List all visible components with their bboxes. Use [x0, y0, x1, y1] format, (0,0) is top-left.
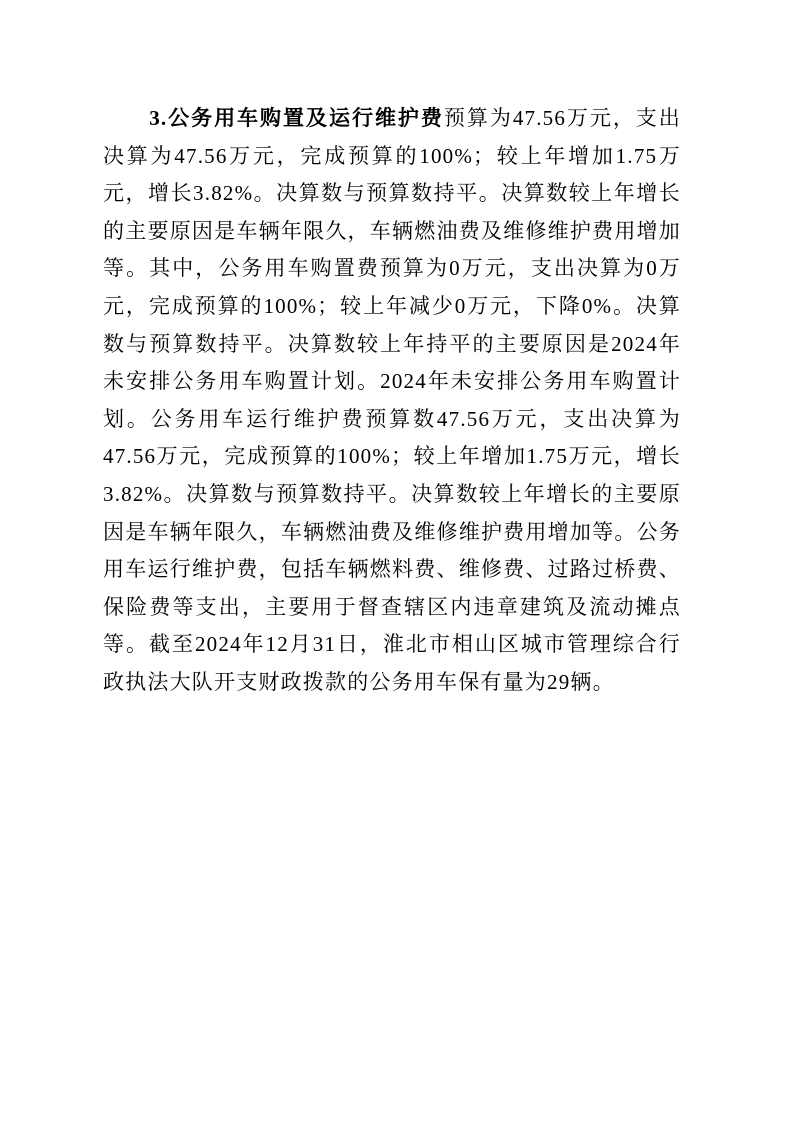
- section-body-text: 预算为47.56万元，支出决算为47.56万元，完成预算的100%；较上年增加1…: [103, 106, 681, 694]
- document-page: 3.公务用车购置及运行维护费预算为47.56万元，支出决算为47.56万元，完成…: [0, 0, 793, 1122]
- section-paragraph-vehicle-fees: 3.公务用车购置及运行维护费预算为47.56万元，支出决算为47.56万元，完成…: [103, 100, 681, 702]
- section-heading: 3.公务用车购置及运行维护费: [149, 106, 444, 130]
